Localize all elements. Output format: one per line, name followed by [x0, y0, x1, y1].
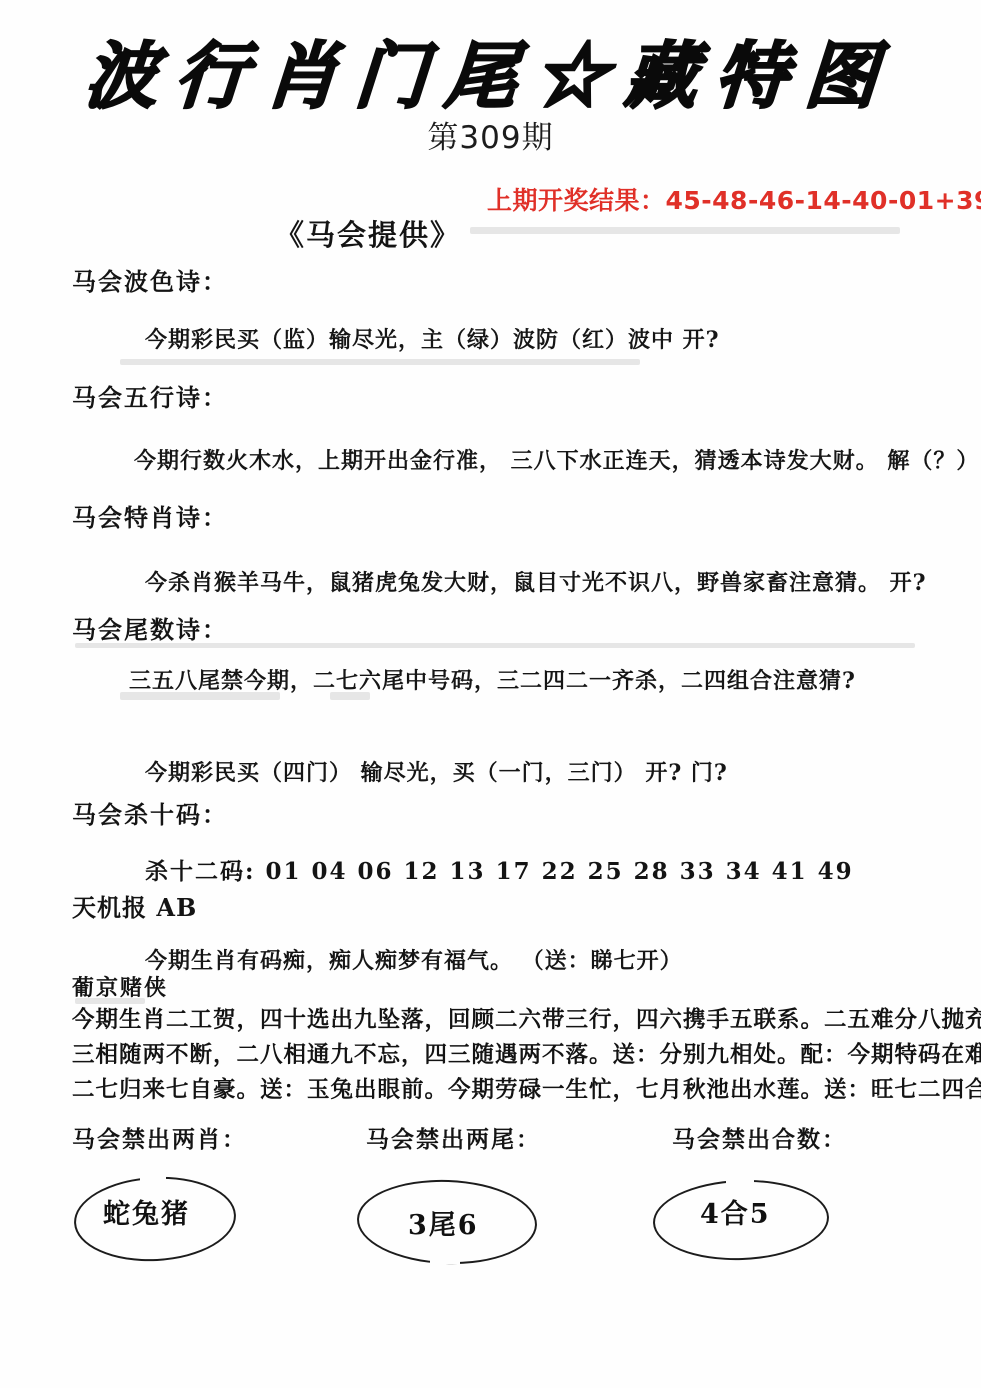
tip-sheet-page: 波行肖门尾☆藏特图 第309期 上期开奖结果：45-48-46-14-40-01…: [0, 0, 981, 1388]
pujing-paragraph: 今期生肖二工贺，四十选出九坠落，回顾二六带三行，四六携手五联系。二五难分八抛充，…: [72, 1003, 917, 1108]
scan-artifact: [120, 359, 640, 365]
section-heading-wuxing: 马会五行诗：: [72, 378, 228, 413]
forbidden-tail-value: 3尾6: [408, 1203, 479, 1242]
kill-numbers-line: 杀十二码: 01 04 06 12 13 17 22 25 28 33 34 4…: [145, 853, 854, 886]
forbidden-sum-label: 马会禁出合数：: [672, 1121, 847, 1154]
oval-stroke-gap: [726, 1174, 754, 1184]
poem-tianji: 今期生肖有码痴，痴人痴梦有福气。 （送：睇七开）: [145, 944, 683, 975]
section-heading-bose: 马会波色诗：: [72, 262, 228, 297]
poem-bose: 今期彩民买（监）输尽光，主（绿）波防（红）波中 开?: [145, 323, 720, 354]
scan-artifact: [330, 692, 370, 700]
forbidden-zodiac-value: 蛇兔猪: [103, 1192, 190, 1231]
tianji-label: 天机报 AB: [72, 888, 197, 923]
forbidden-sum-value: 4合5: [700, 1192, 771, 1231]
poem-door: 今期彩民买（四门） 输尽光，买（一门，三门） 开? 门?: [145, 756, 728, 787]
oval-stroke-gap: [140, 1172, 166, 1182]
section-heading-kill: 马会杀十码：: [72, 795, 228, 830]
pujing-line-3: 二七归来七自豪。送：玉兔出眼前。今期劳碌一生忙，七月秋池出水莲。送：旺七二四合: [72, 1073, 917, 1108]
section-heading-texiao: 马会特肖诗：: [72, 498, 228, 533]
scan-artifact: [120, 692, 280, 700]
forbidden-tail-label: 马会禁出两尾：: [366, 1121, 541, 1154]
page-title: 波行肖门尾☆藏特图: [0, 18, 981, 122]
pujing-line-2: 三相随两不断，二八相通九不忘，四三随遇两不落。送：分别九相处。配：今期特码在难逃…: [72, 1038, 917, 1073]
poem-texiao: 今杀肖猴羊马牛，鼠猪虎兔发大财，鼠目寸光不识八，野兽家畜注意猜。 开?: [145, 566, 927, 597]
provider-title: 《马会提供》: [275, 213, 461, 254]
poem-weishu: 三五八尾禁今期，二七六尾中号码，三二四二一齐杀，二四组合注意猜?: [129, 664, 856, 695]
section-heading-weishu: 马会尾数诗：: [72, 610, 228, 645]
pujing-line-1: 今期生肖二工贺，四十选出九坠落，回顾二六带三行，四六携手五联系。二五难分八抛充，…: [72, 1003, 917, 1038]
oval-stroke-gap: [430, 1252, 460, 1264]
poem-wuxing: 今期行数火木水，上期开出金行准， 三八下水正连天，猜透本诗发大财。 解（？）: [134, 444, 979, 475]
scan-artifact: [470, 227, 900, 234]
scan-artifact: [75, 998, 145, 1004]
forbidden-zodiac-label: 马会禁出两肖：: [72, 1121, 247, 1154]
last-draw-result: 上期开奖结果：45-48-46-14-40-01+39: [487, 181, 981, 217]
issue-number: 第309期: [0, 112, 981, 157]
scan-artifact: [75, 643, 915, 648]
